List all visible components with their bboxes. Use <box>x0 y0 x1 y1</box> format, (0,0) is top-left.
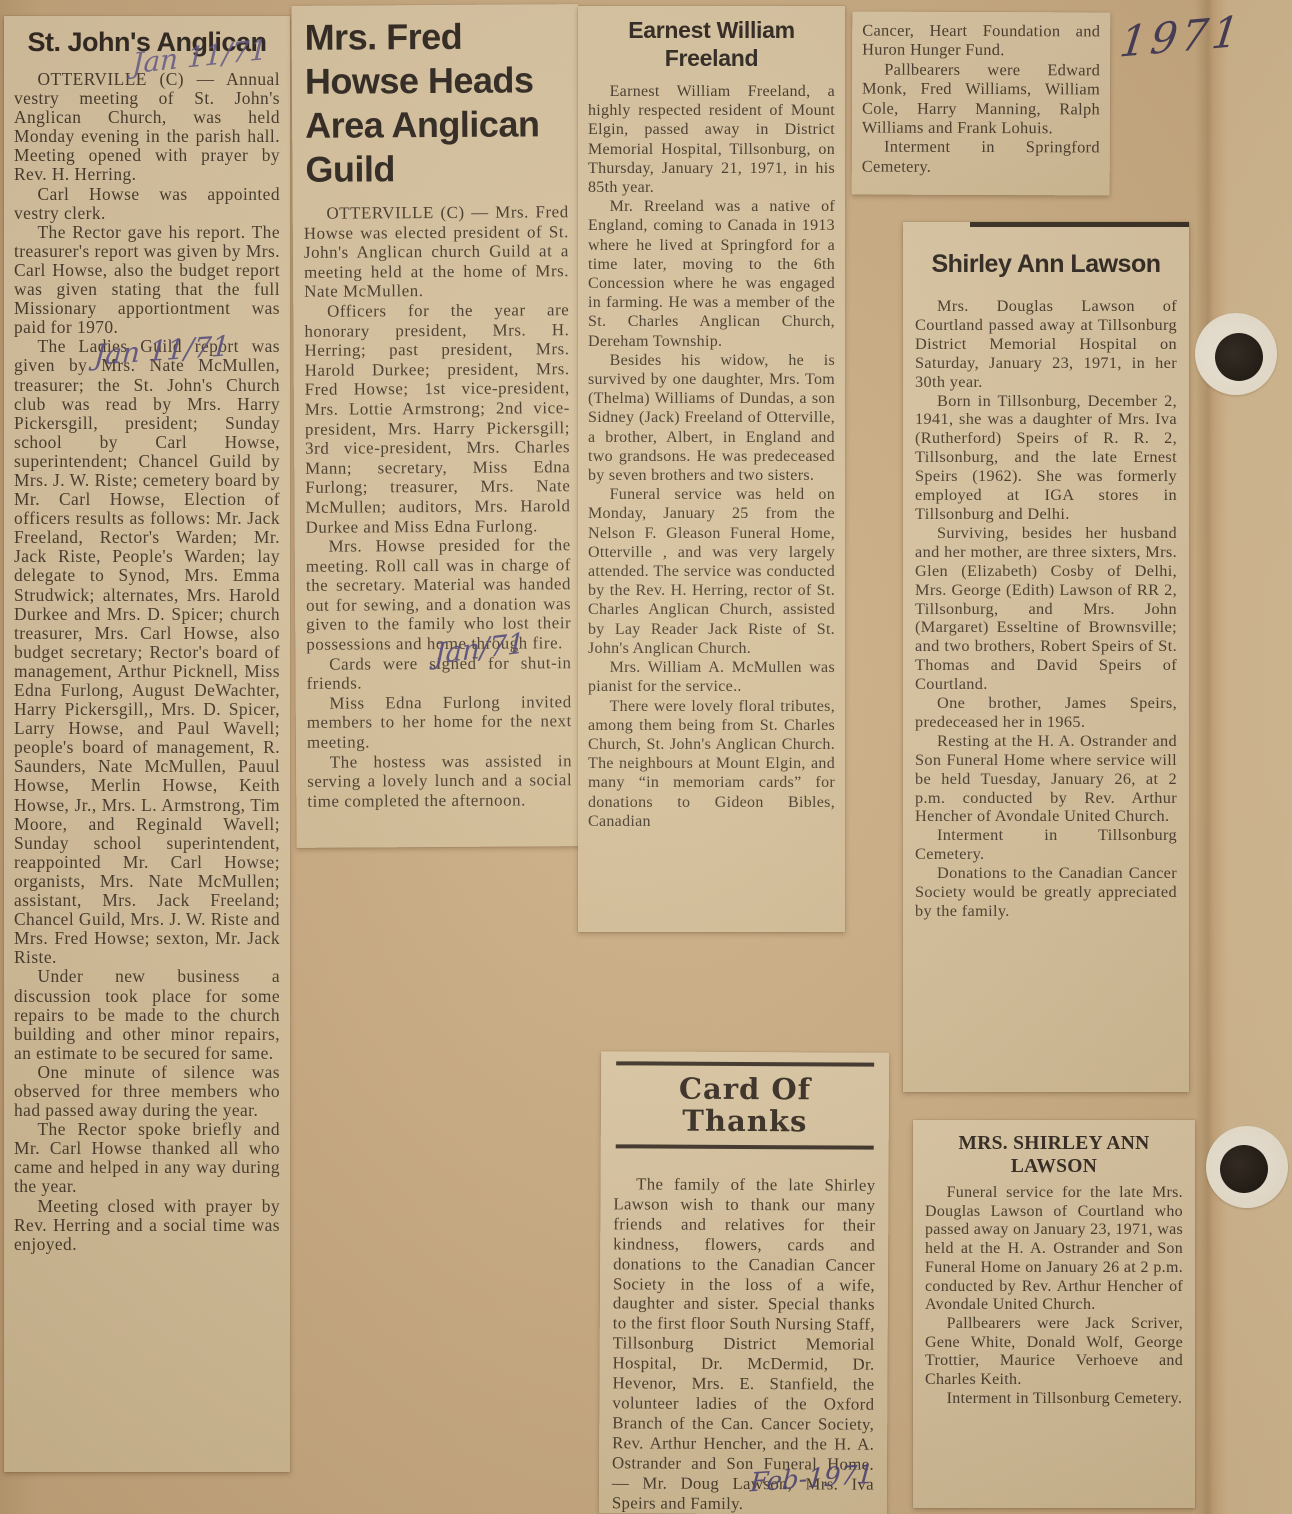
clipping-freeland-continuation: Cancer, Heart Foundation and Huron Hunge… <box>852 12 1111 196</box>
article-paragraph: Interment in Springford Cemetery. <box>862 137 1100 177</box>
article-paragraph: Cancer, Heart Foundation and Huron Hunge… <box>862 21 1100 61</box>
article-title: Shirley Ann Lawson <box>915 249 1177 279</box>
article-paragraph: Born in Tillsonburg, December 2, 1941, s… <box>915 392 1177 524</box>
clipping-card-of-thanks: Card Of Thanks The family of the late Sh… <box>599 1051 889 1514</box>
article-paragraph: OTTERVILLE (C) — Annual vestry meeting o… <box>14 70 280 185</box>
article-paragraph: Earnest William Freeland, a highly respe… <box>588 82 835 197</box>
article-paragraph: The hostess was assisted in serving a lo… <box>307 751 572 811</box>
article-title: MRS. SHIRLEY ANN LAWSON <box>951 1132 1157 1178</box>
article-body: Earnest William Freeland, a highly respe… <box>588 82 835 831</box>
clipping-freeland-obituary: Earnest William Freeland Earnest William… <box>578 6 845 932</box>
article-paragraph: Funeral service for the late Mrs. Dougla… <box>925 1184 1183 1315</box>
article-body: Cancer, Heart Foundation and Huron Hunge… <box>862 21 1101 177</box>
article-paragraph: Interment in Tillsonburg Cemetery. <box>915 826 1177 864</box>
article-paragraph: Resting at the H. A. Ostrander and Son F… <box>915 732 1177 827</box>
article-body: OTTERVILLE (C) — Annual vestry meeting o… <box>14 70 280 1254</box>
article-title: Card Of Thanks <box>616 1072 874 1137</box>
clipping-lawson-obituary: Shirley Ann Lawson Mrs. Douglas Lawson o… <box>903 222 1189 1092</box>
article-paragraph: Carl Howse was appointed vestry clerk. <box>14 185 280 223</box>
article-paragraph: The Rector gave his report. The treasure… <box>14 223 280 338</box>
article-paragraph: Officers for the year are honorary presi… <box>304 300 570 537</box>
clipping-st-johns-anglican: St. John's Anglican OTTERVILLE (C) — Ann… <box>4 16 290 1472</box>
article-paragraph: Pallbearers were Jack Scriver, Gene Whit… <box>925 1315 1183 1390</box>
article-paragraph: Under new business a discussion took pla… <box>14 967 280 1062</box>
article-title: Mrs. Fred Howse Heads Area Anglican Guil… <box>304 14 568 192</box>
article-paragraph: Interment in Tillsonburg Cemetery. <box>925 1390 1183 1409</box>
article-paragraph: Meeting closed with prayer by Rev. Herri… <box>14 1197 280 1254</box>
headline-rule <box>970 222 1189 227</box>
article-paragraph: Funeral service was held on Monday, Janu… <box>588 485 835 658</box>
article-paragraph: One minute of silence was observed for t… <box>14 1063 280 1120</box>
hole-punch <box>1215 333 1263 381</box>
article-paragraph: Pallbearers were Edward Monk, Fred Willi… <box>862 59 1100 137</box>
article-paragraph: Surviving, besides her husband and her m… <box>915 524 1177 694</box>
article-body: Funeral service for the late Mrs. Dougla… <box>925 1184 1183 1408</box>
headline-rule-box: Card Of Thanks <box>616 1061 874 1149</box>
clipping-howse-guild: Mrs. Fred Howse Heads Area Anglican Guil… <box>291 4 583 848</box>
article-paragraph: The Ladies Guild report was given by Mrs… <box>14 337 280 967</box>
article-body: Mrs. Douglas Lawson of Courtland passed … <box>915 297 1177 921</box>
clipping-lawson-funeral: MRS. SHIRLEY ANN LAWSON Funeral service … <box>913 1120 1195 1508</box>
hole-punch-reinforcement <box>1195 313 1277 395</box>
article-paragraph: Cards were signed for shut-in friends. <box>306 653 571 694</box>
article-paragraph: Besides his widow, he is survived by one… <box>588 351 835 485</box>
article-title: Earnest William Freeland <box>588 16 835 72</box>
scrapbook-page: St. John's Anglican OTTERVILLE (C) — Ann… <box>0 0 1292 1514</box>
hole-punch-reinforcement <box>1206 1126 1288 1208</box>
article-paragraph: The Rector spoke briefly and Mr. Carl Ho… <box>14 1120 280 1196</box>
handwritten-year: 1971 <box>1117 6 1246 66</box>
article-paragraph: Miss Edna Furlong invited members to her… <box>307 692 572 752</box>
hole-punch <box>1220 1145 1268 1193</box>
article-title: St. John's Anglican <box>14 26 280 58</box>
article-paragraph: One brother, James Speirs, predeceased h… <box>915 694 1177 732</box>
article-paragraph: Mrs. Douglas Lawson of Courtland passed … <box>915 297 1177 392</box>
article-paragraph: Donations to the Canadian Cancer Society… <box>915 864 1177 921</box>
article-paragraph: OTTERVILLE (C) — Mrs. Fred Howse was ele… <box>304 202 570 302</box>
article-paragraph: Mr. Rreeland was a native of England, co… <box>588 197 835 351</box>
article-body: The family of the late Shirley Lawson wi… <box>612 1174 876 1514</box>
article-paragraph: There were lovely floral tributes, among… <box>588 697 835 831</box>
article-body: OTTERVILLE (C) — Mrs. Fred Howse was ele… <box>304 202 573 811</box>
article-paragraph: Mrs. William A. McMullen was pianist for… <box>588 658 835 696</box>
article-paragraph: Mrs. Howse presided for the meeting. Rol… <box>306 535 572 654</box>
article-paragraph: The family of the late Shirley Lawson wi… <box>612 1174 876 1514</box>
